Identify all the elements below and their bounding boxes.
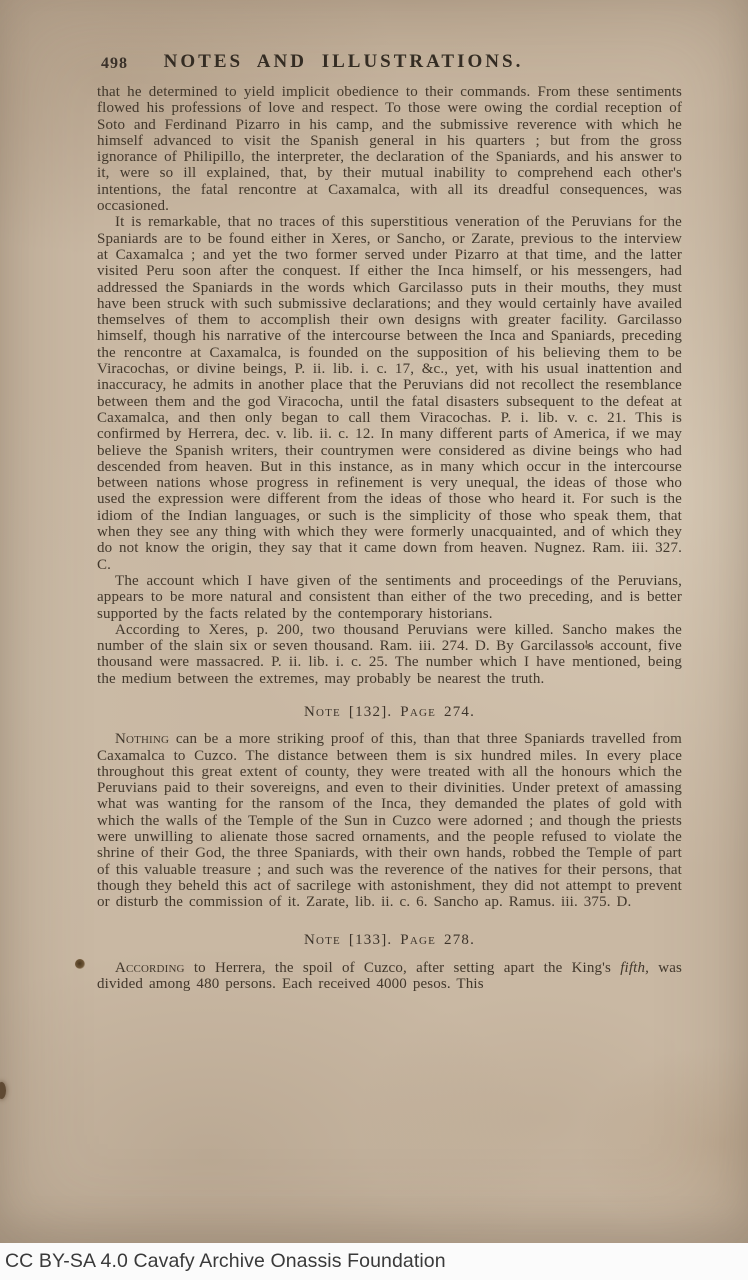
- page-body: that he determined to yield implicit obe…: [97, 84, 682, 992]
- paragraph-text: to Herrera, the spoil of Cuzco, after se…: [185, 960, 621, 976]
- paragraph: It is remarkable, that no traces of this…: [97, 214, 682, 573]
- paragraph: Nothing can be a more striking proof of …: [97, 731, 682, 910]
- stain-mark: [0, 1082, 6, 1099]
- scanned-book-page: 498 NOTES AND ILLUSTRATIONS. that he det…: [0, 0, 748, 1243]
- stain-mark: [75, 959, 85, 969]
- paragraph: According to Xeres, p. 200, two thousand…: [97, 622, 682, 687]
- running-header: NOTES AND ILLUSTRATIONS.: [51, 51, 636, 73]
- paragraph-text: can be a more striking proof of this, th…: [97, 731, 682, 910]
- license-caption: CC BY-SA 4.0 Cavafy Archive Onassis Foun…: [0, 1250, 446, 1273]
- italic-word: fifth,: [620, 960, 649, 976]
- paragraph: The account which I have given of the se…: [97, 573, 682, 622]
- paragraph: that he determined to yield implicit obe…: [97, 84, 682, 214]
- note-heading: Note [133]. Page 278.: [97, 932, 682, 948]
- license-bar: CC BY-SA 4.0 Cavafy Archive Onassis Foun…: [0, 1243, 748, 1280]
- paragraph-lead-word: Nothing: [115, 731, 169, 747]
- stain-mark: [585, 644, 590, 649]
- note-heading: Note [132]. Page 274.: [97, 704, 682, 720]
- paragraph-lead-word: According: [115, 960, 185, 976]
- paragraph: According to Herrera, the spoil of Cuzco…: [97, 960, 682, 993]
